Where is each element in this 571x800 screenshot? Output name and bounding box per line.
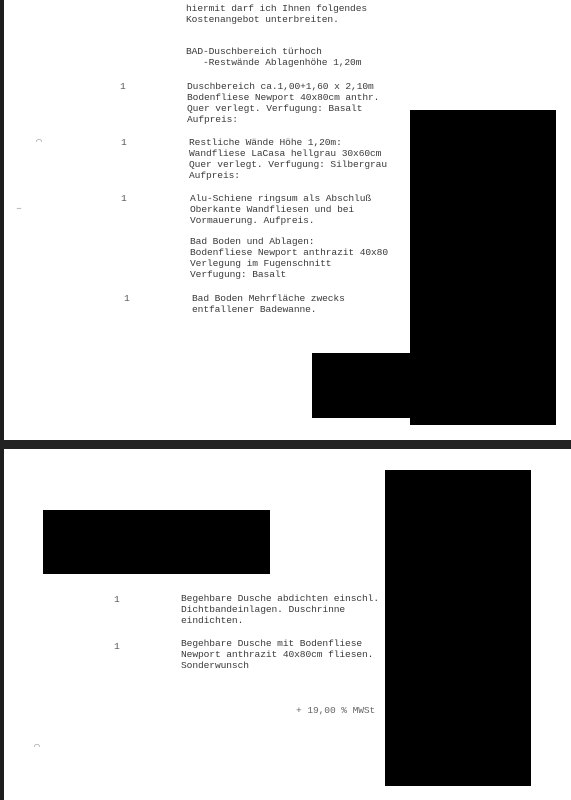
document-page-1: hiermit darf ich Ihnen folgendes Kostena… xyxy=(4,0,571,440)
item-line: Begehbare Dusche abdichten einschl. xyxy=(181,593,379,604)
item-line: Verfugung: Basalt xyxy=(190,269,286,280)
redaction-block xyxy=(312,353,412,418)
intro-line-1: hiermit darf ich Ihnen folgendes xyxy=(186,3,367,14)
item-qty: 1 xyxy=(120,81,126,92)
item-line: Verlegung im Fugenschnitt xyxy=(190,258,331,269)
item-qty: 1 xyxy=(114,641,120,652)
item-line: Alu-Schiene ringsum als Abschluß xyxy=(190,193,371,204)
item-line: eindichten. xyxy=(181,615,243,626)
item-line: Bad Boden Mehrfläche zwecks xyxy=(192,293,345,304)
item-line: entfallener Badewanne. xyxy=(192,304,316,315)
item-line: Aufpreis: xyxy=(189,170,240,181)
item-line: Bodenfliese Newport 40x80cm anthr. xyxy=(187,92,379,103)
scan-artifact-mark: ⌒ xyxy=(36,138,42,148)
vat-line: + 19,00 % MWSt xyxy=(296,705,375,716)
item-line: Oberkante Wandfliesen und bei xyxy=(190,204,354,215)
item-line: Quer verlegt. Verfugung: Silbergrau xyxy=(189,159,387,170)
item-line: Quer verlegt. Verfugung: Basalt xyxy=(187,103,362,114)
item-qty: 1 xyxy=(121,137,127,148)
page-separator xyxy=(0,440,571,449)
intro-line-2: Kostenangebot unterbreiten. xyxy=(186,14,339,25)
item-line: Sonderwunsch xyxy=(181,660,249,671)
item-line: Vormauerung. Aufpreis. xyxy=(190,215,314,226)
item-line: Begehbare Dusche mit Bodenfliese xyxy=(181,638,362,649)
item-line: Bad Boden und Ablagen: xyxy=(190,236,314,247)
redaction-block xyxy=(43,510,270,574)
item-line: Newport anthrazit 40x80cm fliesen. xyxy=(181,649,373,660)
item-qty: 1 xyxy=(114,594,120,605)
scan-artifact-mark: ⌒ xyxy=(34,743,40,753)
item-qty: 1 xyxy=(124,293,130,304)
section-heading-line-2: -Restwände Ablagenhöhe 1,20m xyxy=(186,57,361,68)
item-line: Dichtbandeinlagen. Duschrinne xyxy=(181,604,345,615)
section-heading-line-1: BAD-Duschbereich türhoch xyxy=(186,46,322,57)
redaction-block xyxy=(410,110,556,425)
item-line: Aufpreis: xyxy=(187,114,238,125)
redaction-block xyxy=(385,470,531,786)
item-line: Bodenfliese Newport anthrazit 40x80 xyxy=(190,247,388,258)
item-line: Duschbereich ca.1,00+1,60 x 2,10m xyxy=(187,81,374,92)
document-page-2: 1 Begehbare Dusche abdichten einschl. Di… xyxy=(4,449,571,800)
scan-artifact-mark: – xyxy=(16,205,22,215)
item-qty: 1 xyxy=(121,193,127,204)
item-line: Wandfliese LaCasa hellgrau 30x60cm xyxy=(189,148,381,159)
item-line: Restliche Wände Höhe 1,20m: xyxy=(189,137,342,148)
